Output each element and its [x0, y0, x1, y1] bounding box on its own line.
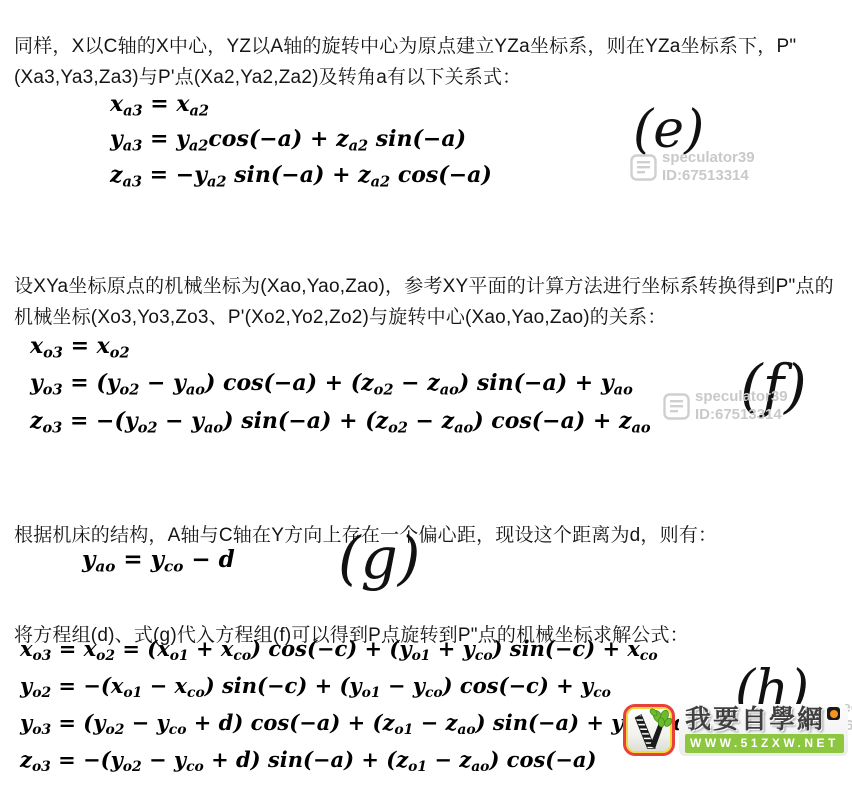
site-logo-51zxw: 我要自學網 WWW.51ZXW.NET: [623, 704, 848, 756]
logo-text-panel: 我要自學網 WWW.51ZXW.NET: [679, 704, 848, 756]
paragraph-xya-origin: 设XYa坐标原点的机械坐标为(Xao,Yao,Zao)，参考XY平面的计算方法进…: [14, 271, 848, 333]
watermark-speculator: speculator39 ID:67513314: [630, 149, 755, 185]
equation-h-line-4: zo3 = −(yo2 − yco + d) sin(−a) + (zo1 − …: [20, 745, 688, 782]
equation-h-line-2: yo2 = −(xo1 − xco) sin(−c) + (yo1 − yco)…: [20, 671, 688, 708]
watermark-username: speculator39: [662, 149, 755, 166]
site-url: WWW.51ZXW.NET: [685, 734, 844, 753]
equation-h-line-1: xo3 = xo2 = (xo1 + xco) cos(−c) + (yo1 +…: [20, 634, 688, 671]
watermark-id: ID:67513314: [662, 167, 749, 184]
equation-f-line-1: xo3 = xo2: [30, 331, 651, 368]
equation-h-line-3: yo3 = (yo2 − yco + d) cos(−a) + (zo1 − z…: [20, 708, 688, 745]
equation-f-line-2: yo3 = (yo2 − yao) cos(−a) + (zo2 − zao) …: [30, 368, 651, 405]
equation-e-line-3: za3 = −ya2 sin(−a) + za2 cos(−a): [110, 161, 492, 196]
equation-h-block: xo3 = xo2 = (xo1 + xco) cos(−c) + (yo1 +…: [20, 634, 688, 783]
watermark-text: speculator39 ID:67513314: [695, 388, 788, 424]
watermark-username: speculator39: [695, 388, 788, 405]
equation-f-line-3: zo3 = −(yo2 − yao) sin(−a) + (zo2 − zao)…: [30, 406, 651, 443]
document-icon: [663, 393, 690, 420]
watermark-text: speculator39 ID:67513314: [662, 149, 755, 185]
logo-badge-icon: [827, 707, 840, 720]
equation-e-line-1: xa3 = xa2: [110, 90, 492, 125]
equation-g-block: yao = yco − d: [82, 546, 235, 576]
equation-g-label: (g): [338, 524, 420, 592]
equation-e-line-2: ya3 = ya2cos(−a) + za2 sin(−a): [110, 125, 492, 160]
equation-f-block: xo3 = xo2 yo3 = (yo2 − yao) cos(−a) + (z…: [30, 331, 651, 443]
site-name-text: 我要自學網: [685, 705, 825, 733]
watermark-id: ID:67513314: [695, 406, 782, 423]
v-leaf-logo-icon: [623, 704, 675, 756]
document-icon: [630, 154, 657, 181]
watermark-speculator: speculator39 ID:67513314: [663, 388, 788, 424]
equation-e-block: xa3 = xa2 ya3 = ya2cos(−a) + za2 sin(−a)…: [110, 90, 492, 196]
document-page: 同样，X以C轴的X中心，YZ以A轴的旋转中心为原点建立YZa坐标系，则在YZa坐…: [0, 0, 852, 785]
paragraph-yza-intro: 同样，X以C轴的X中心，YZ以A轴的旋转中心为原点建立YZa坐标系，则在YZa坐…: [14, 31, 848, 93]
equation-g-line-1: yao = yco − d: [82, 546, 235, 576]
site-name: 我要自學網: [685, 705, 844, 733]
